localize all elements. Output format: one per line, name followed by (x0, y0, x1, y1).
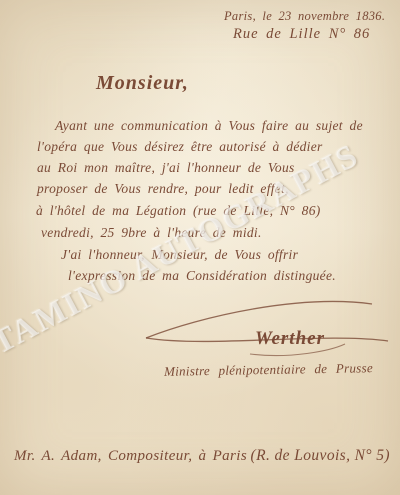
body-line: à l'hôtel de ma Légation (rue de Lille, … (36, 203, 321, 219)
footer-address-note: (R. de Louvois, N° 5) (251, 447, 390, 465)
body-line: Ayant une communication à Vous faire au … (55, 118, 363, 134)
footer-recipient: Mr. A. Adam, Compositeur, à Paris (14, 448, 247, 465)
signature-title: Ministre plénipotentiaire de Prusse (164, 360, 373, 380)
sender-address: Rue de Lille N° 86 (233, 26, 370, 43)
letter-scan: TAMINO AUTOGRAPHS Paris, le 23 novembre … (0, 0, 400, 495)
body-line: l'opéra que Vous désirez être autorisé à… (37, 139, 323, 155)
signature-name: Werther (255, 328, 325, 350)
body-line: proposer de Vous rendre, pour ledit effe… (37, 181, 289, 197)
dateline: Paris, le 23 novembre 1836. (224, 9, 385, 24)
footer-address-line: Mr. A. Adam, Compositeur, à Paris (R. de… (14, 447, 390, 465)
body-line: vendredi, 25 9bre à l'heure de midi. (41, 225, 262, 241)
body-line: l'expression de ma Considération disting… (68, 268, 336, 284)
body-line: au Roi mon maître, j'ai l'honneur de Vou… (37, 160, 295, 176)
salutation: Monsieur, (96, 72, 189, 95)
body-line: J'ai l'honneur, Monsieur, de Vous offrir (61, 247, 298, 263)
